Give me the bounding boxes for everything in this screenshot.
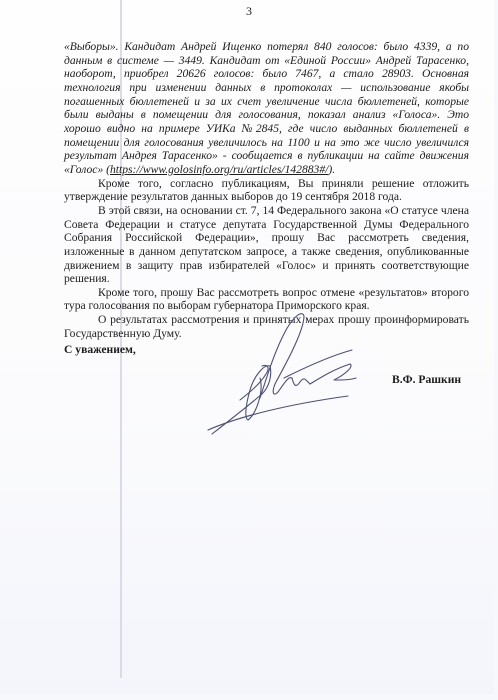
closing-salutation: С уважением, bbox=[64, 343, 136, 356]
paragraph-postponement: Кроме того, согласно публикациям, Вы при… bbox=[64, 177, 469, 204]
handwritten-signature bbox=[200, 308, 360, 438]
page-number: 3 bbox=[0, 4, 498, 19]
paragraph-request: В этой связи, на основании ст. 7, 14 Фед… bbox=[64, 204, 469, 286]
golos-article-link[interactable]: https://www.golosinfo.org/ru/articles/14… bbox=[110, 163, 328, 176]
quote-text: «Выборы». Кандидат Андрей Ищенко потерял… bbox=[64, 40, 469, 176]
letter-body: «Выборы». Кандидат Андрей Ищенко потерял… bbox=[64, 40, 469, 340]
paragraph-quote: «Выборы». Кандидат Андрей Ищенко потерял… bbox=[64, 40, 469, 177]
quote-end: ). bbox=[328, 163, 335, 176]
signer-name: В.Ф. Рашкин bbox=[392, 373, 461, 386]
document-page: 3 «Выборы». Кандидат Андрей Ищенко потер… bbox=[0, 0, 494, 694]
